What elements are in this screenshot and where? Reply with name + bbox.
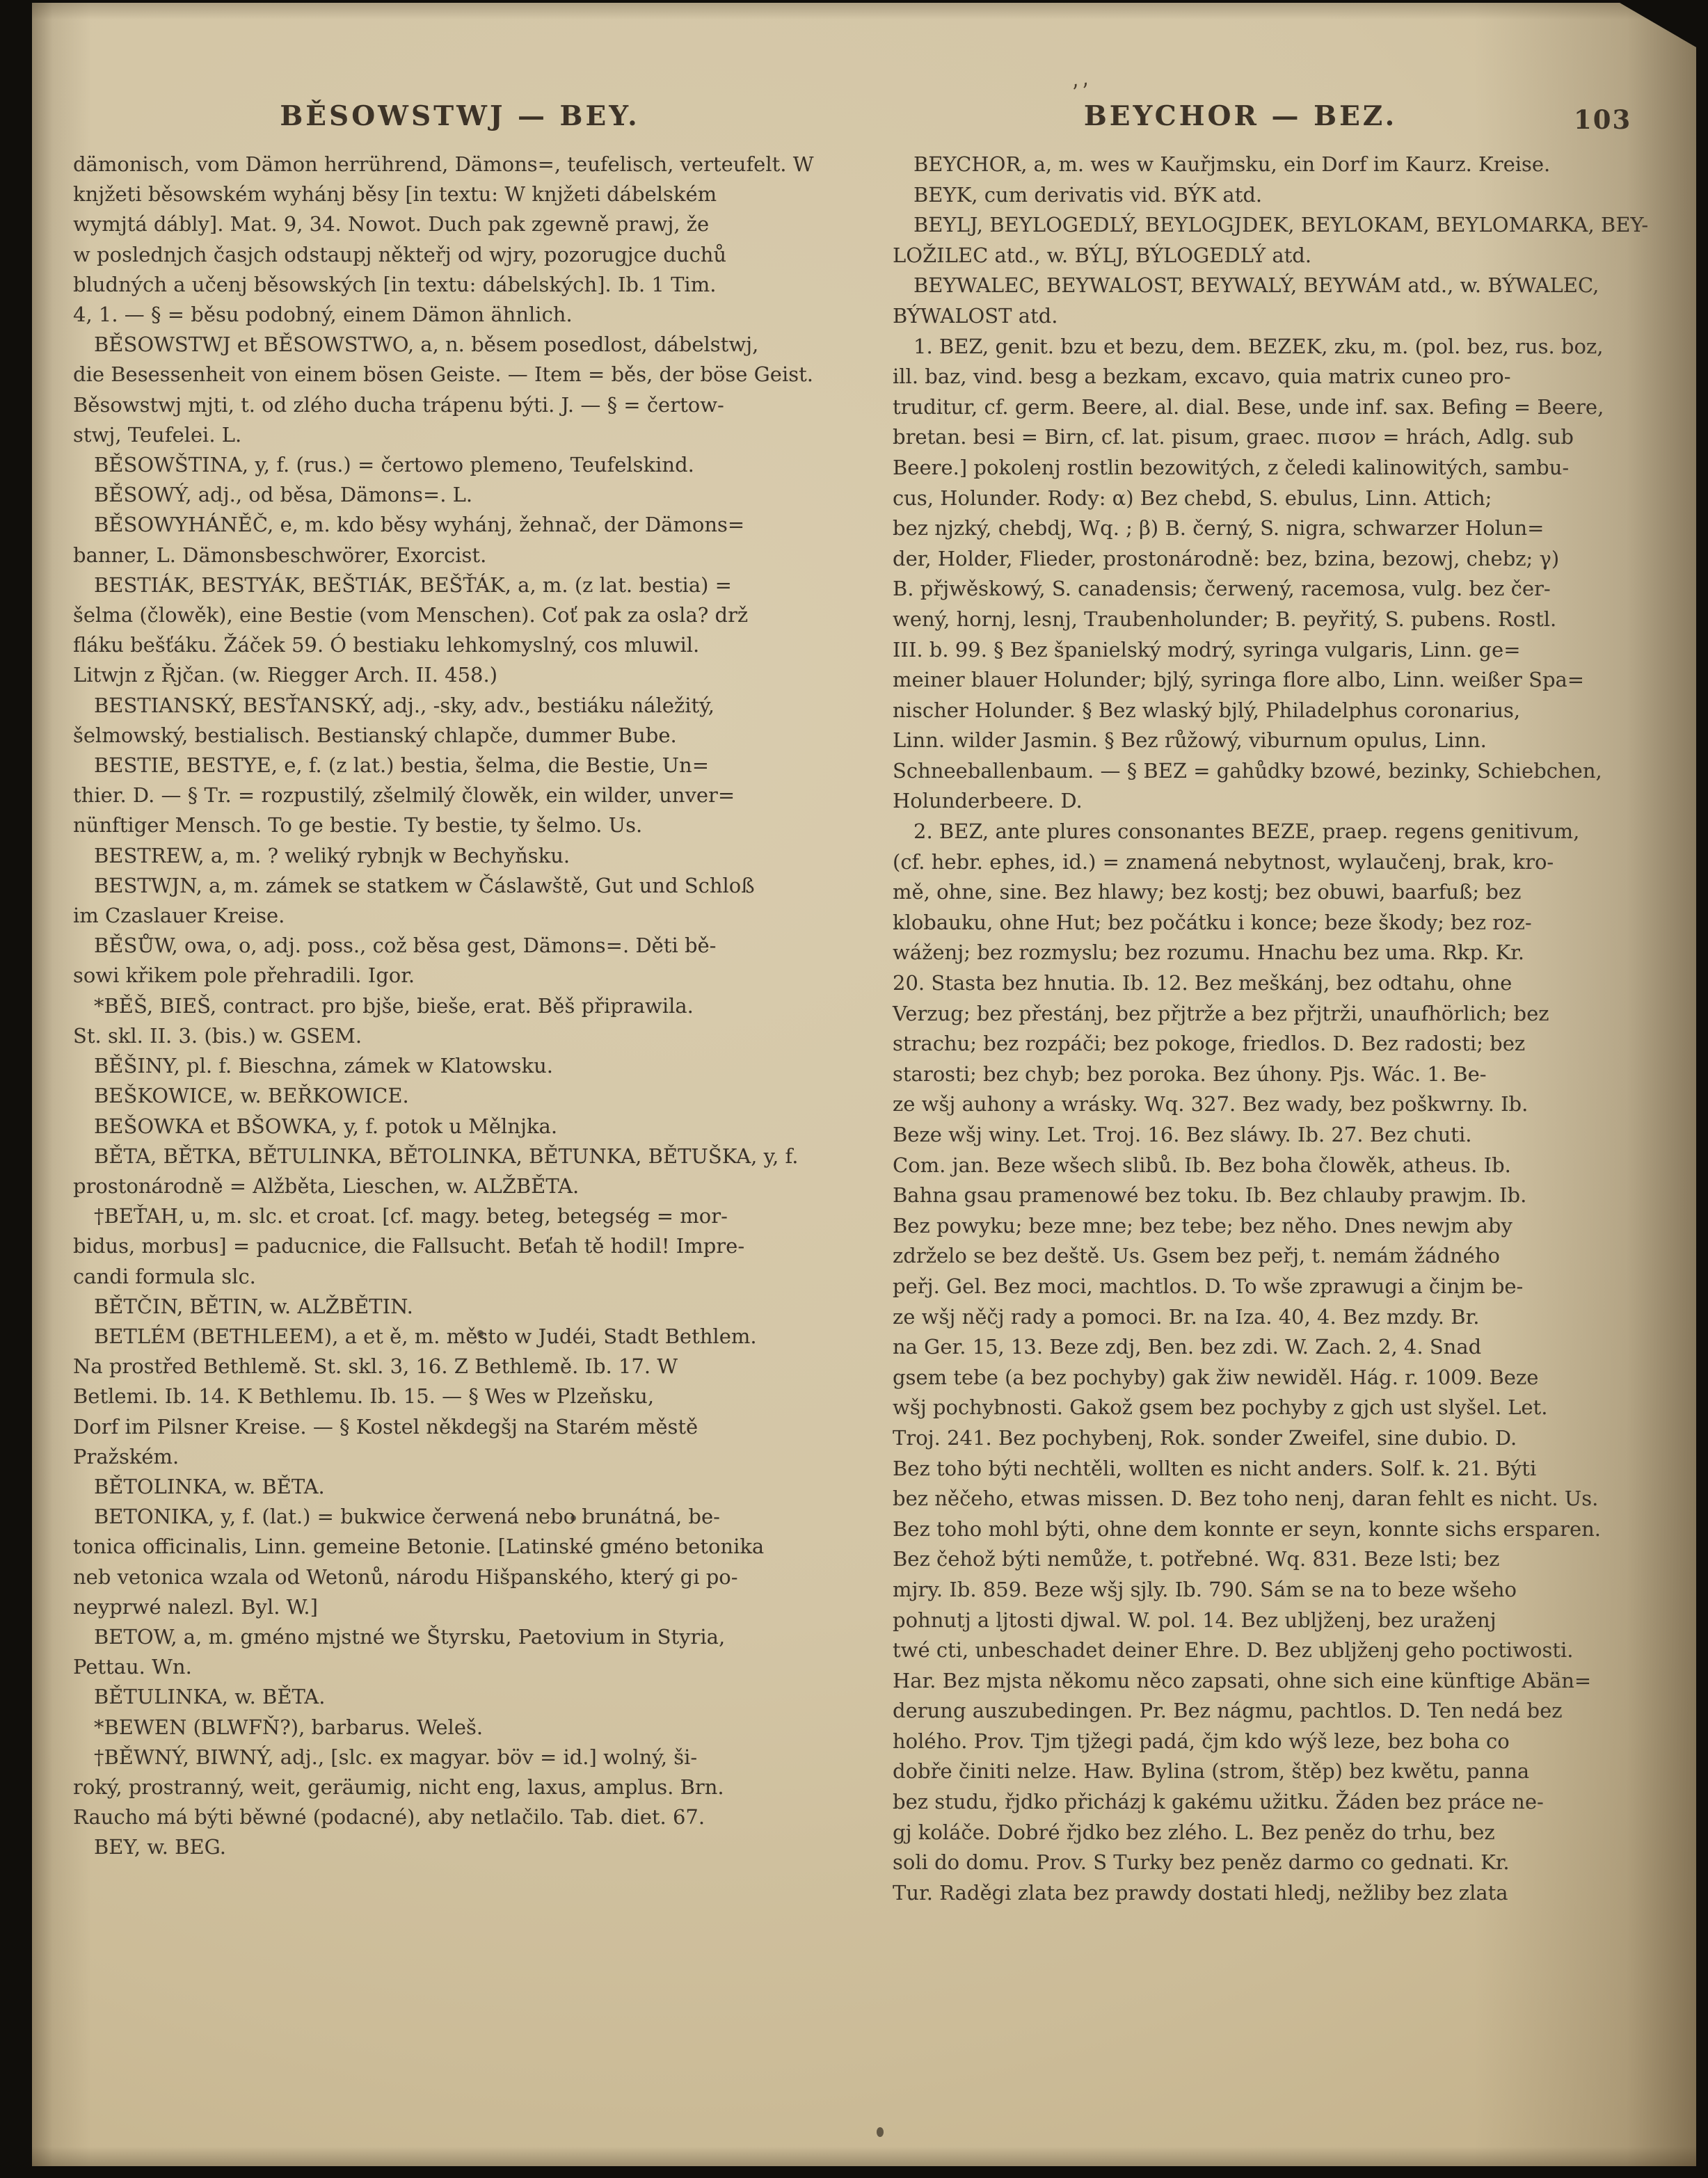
text-line: BĚTA, BĚTKA, BĚTULINKA, BĚTOLINKA, BĚTUN…: [73, 1142, 847, 1171]
text-line: *BĚŠ, BIEŠ, contract. pro bjše, bieše, e…: [73, 991, 847, 1021]
text-line: BETOW, a, m. gméno mjstné we Štyrsku, Pa…: [73, 1622, 847, 1652]
text-line: BÝWALOST atd.: [893, 301, 1670, 332]
text-line: B. přjwěskowý, S. canadensis; čerwený, r…: [893, 574, 1670, 604]
text-line: dämonisch, vom Dämon herrührend, Dämons=…: [73, 150, 847, 179]
text-line: Dorf im Pilsner Kreise. — § Kostel někde…: [73, 1412, 847, 1442]
column-right: BEYCHOR, a, m. wes w Kauřjmsku, ein Dorf…: [893, 150, 1670, 1908]
text-line: Litwjn z Řjčan. (w. Riegger Arch. II. 45…: [73, 660, 847, 690]
text-line: meiner blauer Holunder; bjlý, syringa fl…: [893, 665, 1670, 696]
text-line: peřj. Gel. Bez moci, machtlos. D. To wše…: [893, 1272, 1670, 1302]
text-line: gj koláče. Dobré řjdko bez zlého. L. Bez…: [893, 1818, 1670, 1848]
text-line: im Czaslauer Kreise.: [73, 901, 847, 931]
text-line: Verzug; bez přestánj, bez přjtrže a bez …: [893, 999, 1670, 1030]
text-line: Linn. wilder Jasmin. § Bez růžowý, vibur…: [893, 726, 1670, 756]
page-number: 103: [1574, 104, 1631, 135]
text-line: prostonárodně = Alžběta, Lieschen, w. AL…: [73, 1171, 847, 1201]
text-line: BEYK, cum derivatis vid. BÝK atd.: [893, 180, 1670, 211]
text-line: 1. BEZ, genit. bzu et bezu, dem. BEZEK, …: [893, 332, 1670, 362]
text-line: bez njzký, chebdj, Wq. ; β) B. černý, S.…: [893, 513, 1670, 544]
text-line: bretan. besi = Birn, cf. lat. pisum, gra…: [893, 422, 1670, 453]
text-line: Bahna gsau pramenowé bez toku. Ib. Bez c…: [893, 1180, 1670, 1211]
text-line: neb vetonica wzala od Wetonů, národu Hiš…: [73, 1562, 847, 1592]
running-head-right: BEYCHOR — BEZ.: [893, 100, 1588, 134]
text-line: BETONIKA, y, f. (lat.) = bukwice čerwená…: [73, 1502, 847, 1532]
text-line: twé cti, unbeschadet deiner Ehre. D. Bez…: [893, 1635, 1670, 1666]
text-line: †BEŤAH, u, m. slc. et croat. [cf. magy. …: [73, 1201, 847, 1231]
text-line: Bez čehož býti nemůže, t. potřebné. Wq. …: [893, 1544, 1670, 1575]
text-line: St. skl. II. 3. (bis.) w. GSEM.: [73, 1021, 847, 1051]
text-line: roký, prostranný, weit, geräumig, nicht …: [73, 1772, 847, 1802]
text-line: BESTWJN, a, m. zámek se statkem w Čáslaw…: [73, 871, 847, 901]
text-line: *BEWEN (BLWFŇ?), barbarus. Weleš.: [73, 1713, 847, 1743]
text-line: na Ger. 15, 13. Beze zdj, Ben. bez zdi. …: [893, 1332, 1670, 1363]
text-line: Schneeballenbaum. — § BEZ = gahůdky bzow…: [893, 756, 1670, 787]
text-line: 4, 1. — § = běsu podobný, einem Dämon äh…: [73, 300, 847, 330]
text-line: gsem tebe (a bez pochyby) gak žiw newidě…: [893, 1363, 1670, 1393]
text-line: bez studu, řjdko přicházj k gakému užitk…: [893, 1787, 1670, 1818]
text-line: bidus, morbus] = paducnice, die Fallsuch…: [73, 1231, 847, 1261]
text-line: LOŽILEC atd., w. BÝLJ, BÝLOGEDLÝ atd.: [893, 241, 1670, 271]
text-line: Har. Bez mjsta někomu něco zapsati, ohne…: [893, 1666, 1670, 1697]
text-line: nischer Holunder. § Bez wlaský bjlý, Phi…: [893, 696, 1670, 726]
text-line: derung auszubedingen. Pr. Bez nágmu, pac…: [893, 1696, 1670, 1727]
text-line: Bez powyku; beze mne; bez tebe; bez něho…: [893, 1211, 1670, 1242]
text-line: Com. jan. Beze wšech slibů. Ib. Bez boha…: [893, 1151, 1670, 1181]
text-line: BESTIANSKÝ, BESŤANSKÝ, adj., -sky, adv.,…: [73, 691, 847, 721]
text-line: wáženj; bez rozmyslu; bez rozumu. Hnachu…: [893, 938, 1670, 968]
text-line: mě, ohne, sine. Bez hlawy; bez kostj; be…: [893, 877, 1670, 908]
text-line: ze wšj něčj rady a pomoci. Br. na Iza. 4…: [893, 1302, 1670, 1333]
text-line: Na prostřed Bethlemě. St. skl. 3, 16. Z …: [73, 1352, 847, 1382]
text-line: BĚŠINY, pl. f. Bieschna, zámek w Klatows…: [73, 1051, 847, 1081]
ink-smudge: ,,: [1070, 65, 1094, 93]
text-line: fláku bešťáku. Žáček 59. Ó bestiaku lehk…: [73, 630, 847, 660]
text-line: die Besessenheit von einem bösen Geiste.…: [73, 360, 847, 390]
text-line: wený, hornj, lesnj, Traubenholunder; B. …: [893, 604, 1670, 635]
text-line: soli do domu. Prov. S Turky bez peněz da…: [893, 1848, 1670, 1878]
text-line: Holunderbeere. D.: [893, 786, 1670, 817]
text-line: 2. BEZ, ante plures consonantes BEZE, pr…: [893, 817, 1670, 847]
text-line: BEYLJ, BEYLOGEDLÝ, BEYLOGJDEK, BEYLOKAM,…: [893, 210, 1670, 241]
text-line: BESTIÁK, BESTYÁK, BEŠTIÁK, BEŠŤÁK, a, m.…: [73, 570, 847, 600]
text-line: BEYWALEC, BEYWALOST, BEYWALÝ, BEYWÁM atd…: [893, 271, 1670, 301]
text-line: BESTIE, BESTYE, e, f. (z lat.) bestia, š…: [73, 751, 847, 780]
column-left: dämonisch, vom Dämon herrührend, Dämons=…: [73, 150, 847, 1863]
text-line: thier. D. — § Tr. = rozpustilý, zšelmilý…: [73, 780, 847, 810]
text-line: bez něčeho, etwas missen. D. Bez toho ne…: [893, 1484, 1670, 1514]
text-line: dobře činiti nelze. Haw. Bylina (strom, …: [893, 1756, 1670, 1787]
text-line: ze wšj auhony a wrásky. Wq. 327. Bez wad…: [893, 1089, 1670, 1120]
text-line: neyprwé nalezl. Byl. W.]: [73, 1592, 847, 1622]
text-line: BEŠOWKA et BŠOWKA, y, f. potok u Mělnjka…: [73, 1112, 847, 1142]
text-line: šelma (člowěk), eine Bestie (vom Mensche…: [73, 600, 847, 630]
text-line: BESTREW, a, m. ? weliký rybnjk w Bechyňs…: [73, 841, 847, 871]
text-line: ill. baz, vind. besg a bezkam, excavo, q…: [893, 362, 1670, 392]
text-line: 20. Stasta bez hnutia. Ib. 12. Bez mešká…: [893, 968, 1670, 999]
text-line: starosti; bez chyb; bez poroka. Bez úhon…: [893, 1059, 1670, 1090]
text-line: (cf. hebr. ephes, id.) = znamená nebytno…: [893, 847, 1670, 878]
text-line: wymjtá dábly]. Mat. 9, 34. Nowot. Duch p…: [73, 209, 847, 239]
text-line: Pražském.: [73, 1442, 847, 1472]
text-line: BĚSOWŠTINA, y, f. (rus.) = čertowo pleme…: [73, 450, 847, 480]
text-line: sowi křikem pole přehradili. Igor.: [73, 961, 847, 991]
text-line: zdrželo se bez deště. Us. Gsem bez peřj,…: [893, 1241, 1670, 1272]
text-line: bludných a učenj běsowských [in textu: d…: [73, 270, 847, 300]
text-line: BĚTČIN, BĚTIN, w. ALŽBĚTIN.: [73, 1292, 847, 1322]
text-line: Troj. 241. Bez pochybenj, Rok. sonder Zw…: [893, 1423, 1670, 1454]
text-line: knjžeti běsowském wyhánj běsy [in textu:…: [73, 179, 847, 209]
text-line: BĚSŮW, owa, o, adj. poss., což běsa gest…: [73, 931, 847, 961]
ink-speck: [877, 2127, 884, 2137]
text-line: Beere.] pokolenj rostlin bezowitých, z č…: [893, 453, 1670, 483]
text-line: klobauku, ohne Hut; bez počátku i konce;…: [893, 908, 1670, 938]
text-line: BĚSOWYHÁNĚČ, e, m. kdo běsy wyhánj, žehn…: [73, 510, 847, 540]
text-line: tonica officinalis, Linn. gemeine Betoni…: [73, 1532, 847, 1562]
text-line: candi formula slc.: [73, 1262, 847, 1292]
text-line: Bez toho býti nechtěli, wollten es nicht…: [893, 1454, 1670, 1484]
text-line: BĚTULINKA, w. BĚTA.: [73, 1682, 847, 1712]
text-line: truditur, cf. germ. Beere, al. dial. Bes…: [893, 392, 1670, 423]
text-line: BEYCHOR, a, m. wes w Kauřjmsku, ein Dorf…: [893, 150, 1670, 180]
text-line: Bez toho mohl býti, ohne dem konnte er s…: [893, 1514, 1670, 1545]
text-line: pohnutj a ljtosti djwal. W. pol. 14. Bez…: [893, 1606, 1670, 1636]
text-line: BĚSOWÝ, adj., od běsa, Dämons=. L.: [73, 480, 847, 510]
text-line: w poslednjch časjch odstaupj někteřj od …: [73, 240, 847, 270]
running-head-left: BĚSOWSTWJ — BEY.: [73, 100, 847, 134]
text-line: Tur. Raděgi zlata bez prawdy dostati hle…: [893, 1878, 1670, 1909]
text-line: der, Holder, Flieder, prostonárodně: bez…: [893, 544, 1670, 575]
text-line: stwj, Teufelei. L.: [73, 420, 847, 450]
text-line: BĚTOLINKA, w. BĚTA.: [73, 1472, 847, 1502]
text-line: †BĚWNÝ, BIWNÝ, adj., [slc. ex magyar. bö…: [73, 1743, 847, 1772]
text-line: nünftiger Mensch. To ge bestie. Ty besti…: [73, 810, 847, 840]
text-line: šelmowský, bestialisch. Bestianský chlap…: [73, 721, 847, 751]
text-line: Pettau. Wn.: [73, 1652, 847, 1682]
text-line: Betlemi. Ib. 14. K Bethlemu. Ib. 15. — §…: [73, 1382, 847, 1411]
text-line: BETLÉM (BETHLEEM), a et ě, m. město w Ju…: [73, 1322, 847, 1352]
text-line: III. b. 99. § Bez španielský modrý, syri…: [893, 635, 1670, 666]
text-line: Beze wšj winy. Let. Troj. 16. Bez sláwy.…: [893, 1120, 1670, 1151]
text-line: mjry. Ib. 859. Beze wšj sjly. Ib. 790. S…: [893, 1575, 1670, 1606]
text-line: Běsowstwj mjti, t. od zlého ducha trápen…: [73, 390, 847, 420]
text-line: BĚSOWSTWJ et BĚSOWSTWO, a, n. běsem pose…: [73, 330, 847, 360]
text-line: holého. Prov. Tjm tjžegi padá, čjm kdo w…: [893, 1727, 1670, 1757]
text-line: cus, Holunder. Rody: α) Bez chebd, S. eb…: [893, 483, 1670, 514]
text-line: wšj pochybnosti. Gakož gsem bez pochyby …: [893, 1393, 1670, 1423]
text-line: strachu; bez rozpáči; bez pokoge, friedl…: [893, 1029, 1670, 1059]
text-line: BEŠKOWICE, w. BEŘKOWICE.: [73, 1081, 847, 1111]
text-line: Raucho má býti běwné (podacné), aby netl…: [73, 1802, 847, 1832]
text-line: banner, L. Dämonsbeschwörer, Exorcist.: [73, 541, 847, 570]
text-line: BEY, w. BEG.: [73, 1832, 847, 1862]
